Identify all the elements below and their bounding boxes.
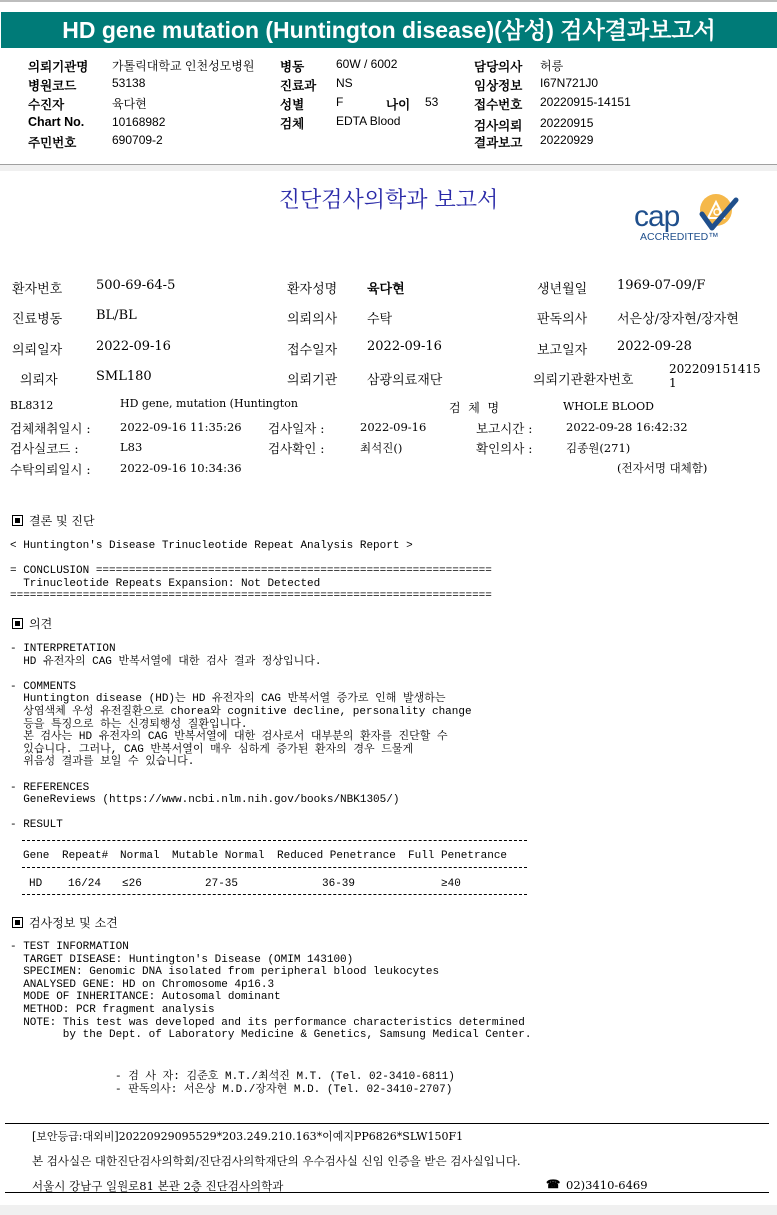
cell-gene: HD xyxy=(29,878,42,890)
value-specimen-name: WHOLE BLOOD xyxy=(563,400,654,413)
value-test-request: 20220915 xyxy=(540,116,593,130)
value-patient-fullname: 육다현 xyxy=(367,278,405,297)
divider-band xyxy=(0,165,777,171)
lab-phone: 02)3410-6469 xyxy=(566,1178,648,1192)
value-receipt-no: 20220915-14151 xyxy=(540,95,631,109)
value-hospital-code: 53138 xyxy=(112,76,145,90)
value-result-report: 20220929 xyxy=(540,133,593,147)
label-sex: 성별 xyxy=(280,95,304,113)
opinion-text: - INTERPRETATION HD 유전자의 CAG 반복서열에 대한 검사… xyxy=(10,643,472,832)
bottom-band xyxy=(0,1205,777,1215)
label-clinical-info: 임상정보 xyxy=(474,76,522,94)
label-requesting-institution: 의뢰기관 xyxy=(287,369,337,388)
value-patient-no: 500-69-64-5 xyxy=(96,278,175,293)
filled-square-icon xyxy=(12,515,23,526)
signer-tester: - 검 사 자: 김준호 M.T./최석진 M.T. (Tel. 02-3410… xyxy=(115,1071,455,1084)
phone-icon: ☎ xyxy=(546,1177,560,1191)
cap-logo-icon: cap ACCREDITED™ xyxy=(632,192,742,244)
label-specimen: 검체 xyxy=(280,114,304,132)
certification-note: 본 검사실은 대한진단검사의학회/진단검사의학재단의 우수검사실 신임 인증을 … xyxy=(32,1153,521,1169)
value-age: 53 xyxy=(425,95,438,109)
value-reading-doctor: 서은상/장자현/장자현 xyxy=(617,308,739,327)
report-banner-title: HD gene mutation (Huntington disease)(삼성… xyxy=(1,12,777,48)
label-result-report: 결과보고 xyxy=(474,133,522,151)
value-resident-no: 690709-2 xyxy=(112,133,163,147)
value-requesting-doctor: 수탁 xyxy=(367,308,392,327)
label-institution-patient-no: 의뢰기관환자번호 xyxy=(533,369,633,388)
col-gene: Gene xyxy=(23,850,49,862)
value-confirming-doctor: 김종원(271) xyxy=(566,440,630,456)
label-birthdate: 생년월일 xyxy=(537,278,587,297)
table-rule xyxy=(22,894,527,895)
value-ward-bl: BL/BL xyxy=(96,308,137,323)
section-test-info-title: 검사정보 및 소견 xyxy=(29,916,118,930)
label-receipt-date: 접수일자 xyxy=(287,339,337,358)
label-patient-name: 수진자 xyxy=(28,95,64,113)
label-chart-no: Chart No. xyxy=(28,115,84,129)
conclusion-text: < Huntington's Disease Trinucleotide Rep… xyxy=(10,540,492,603)
label-age: 나이 xyxy=(386,95,410,113)
electronic-signature-note: (전자서명 대체함) xyxy=(617,460,707,476)
value-institution-patient-no: 202209151415 xyxy=(669,362,761,376)
cell-full-penetrance: ≥40 xyxy=(441,878,461,890)
cap-accredited-logo: cap ACCREDITED™ xyxy=(632,192,742,244)
cell-mutable-normal: 27-35 xyxy=(205,878,238,890)
value-chart-no: 10168982 xyxy=(112,115,165,129)
test-information-text: - TEST INFORMATION TARGET DISEASE: Hunti… xyxy=(10,941,532,1042)
value-patient-name: 육다현 xyxy=(112,95,147,112)
col-reduced-penetrance: Reduced Penetrance xyxy=(277,850,396,862)
cell-reduced-penetrance: 36-39 xyxy=(322,878,355,890)
value-test-confirm: 최석진() xyxy=(360,440,402,456)
label-report-date: 보고일자 xyxy=(537,339,587,358)
label-test-request: 검사의뢰 xyxy=(474,116,522,134)
security-level: [보안등급:대외비]20220929095529*203.249.210.163… xyxy=(32,1128,463,1144)
cell-normal: ≤26 xyxy=(122,878,142,890)
test-code: BL8312 xyxy=(10,399,53,412)
value-request-date: 2022-09-16 xyxy=(96,339,171,354)
test-name: HD gene, mutation (Huntington xyxy=(120,397,298,410)
label-ward-bl: 진료병동 xyxy=(12,308,62,327)
section-opinion-title: 의견 xyxy=(29,617,52,631)
lab-address: 서울시 강남구 일원로81 본관 2층 진단검사의학과 xyxy=(32,1178,283,1194)
label-report-time: 보고시간 : xyxy=(476,419,533,437)
label-specimen-name: 검 체 명 xyxy=(449,399,499,416)
label-reading-doctor: 판독의사 xyxy=(537,308,587,327)
value-department: NS xyxy=(336,76,353,90)
label-consign-request-time: 수탁의뢰일시 : xyxy=(10,460,91,478)
section-conclusion-title: 결론 및 진단 xyxy=(29,514,95,528)
label-requesting-doctor: 의뢰의사 xyxy=(287,308,337,327)
value-test-date: 2022-09-16 xyxy=(360,420,426,434)
label-requester: 의뢰자 xyxy=(20,369,58,388)
label-collection-time: 검체채취일시 : xyxy=(10,419,91,437)
value-birthdate: 1969-07-09/F xyxy=(617,278,705,293)
label-hospital-code: 병원코드 xyxy=(28,76,76,94)
result-table: Gene Repeat# Normal Mutable Normal Reduc… xyxy=(22,840,527,895)
label-department: 진료과 xyxy=(280,76,316,94)
table-row: HD 16/24 ≤26 27-35 36-39 ≥40 xyxy=(22,868,527,888)
svg-text:cap: cap xyxy=(634,200,680,233)
label-receipt-no: 접수번호 xyxy=(474,95,522,113)
cell-repeat: 16/24 xyxy=(68,878,101,890)
label-ward: 병동 xyxy=(280,57,304,75)
label-institution: 의뢰기관명 xyxy=(28,57,88,75)
section-opinion-heading: 의견 xyxy=(12,615,52,632)
label-confirming-doctor: 확인의사 : xyxy=(476,439,533,457)
section-test-info-heading: 검사정보 및 소견 xyxy=(12,914,118,931)
value-lab-code: L83 xyxy=(120,440,142,454)
value-report-date: 2022-09-28 xyxy=(617,339,692,354)
svg-text:ACCREDITED™: ACCREDITED™ xyxy=(640,231,719,243)
section-conclusion-heading: 결론 및 진단 xyxy=(12,512,95,529)
label-lab-code: 검사실코드 : xyxy=(10,439,79,457)
label-attending: 담당의사 xyxy=(474,57,522,75)
label-test-confirm: 검사확인 : xyxy=(268,439,325,457)
label-resident-no: 주민번호 xyxy=(28,133,76,151)
filled-square-icon xyxy=(12,618,23,629)
table-header-row: Gene Repeat# Normal Mutable Normal Reduc… xyxy=(22,841,527,863)
value-consign-request-time: 2022-09-16 10:34:36 xyxy=(120,461,242,475)
col-repeat: Repeat# xyxy=(62,850,108,862)
value-receipt-date: 2022-09-16 xyxy=(367,339,442,354)
filled-square-icon xyxy=(12,917,23,928)
value-specimen: EDTA Blood xyxy=(336,114,400,128)
label-request-date: 의뢰일자 xyxy=(12,339,62,358)
value-ward: 60W / 6002 xyxy=(336,57,397,71)
value-institution-patient-no-cont: 1 xyxy=(669,376,677,390)
label-patient-no: 환자번호 xyxy=(12,278,62,297)
value-clinical-info: I67N721J0 xyxy=(540,76,598,90)
label-test-date: 검사일자 : xyxy=(268,419,325,437)
label-patient-fullname: 환자성명 xyxy=(287,278,337,297)
value-attending: 허릉 xyxy=(540,57,563,74)
value-sex: F xyxy=(336,95,343,109)
col-normal: Normal xyxy=(120,850,160,862)
signer-reading-doctor: - 판독의사: 서은상 M.D./장자현 M.D. (Tel. 02-3410-… xyxy=(115,1084,452,1097)
value-requester: SML180 xyxy=(96,369,152,384)
value-institution: 가톨릭대학교 인천성모병원 xyxy=(112,57,254,74)
value-report-time: 2022-09-28 16:42:32 xyxy=(566,420,688,434)
top-border xyxy=(0,0,777,2)
value-collection-time: 2022-09-16 11:35:26 xyxy=(120,420,242,434)
col-mutable-normal: Mutable Normal xyxy=(172,850,264,862)
value-requesting-institution: 삼광의료재단 xyxy=(367,369,442,388)
col-full-penetrance: Full Penetrance xyxy=(408,850,507,862)
